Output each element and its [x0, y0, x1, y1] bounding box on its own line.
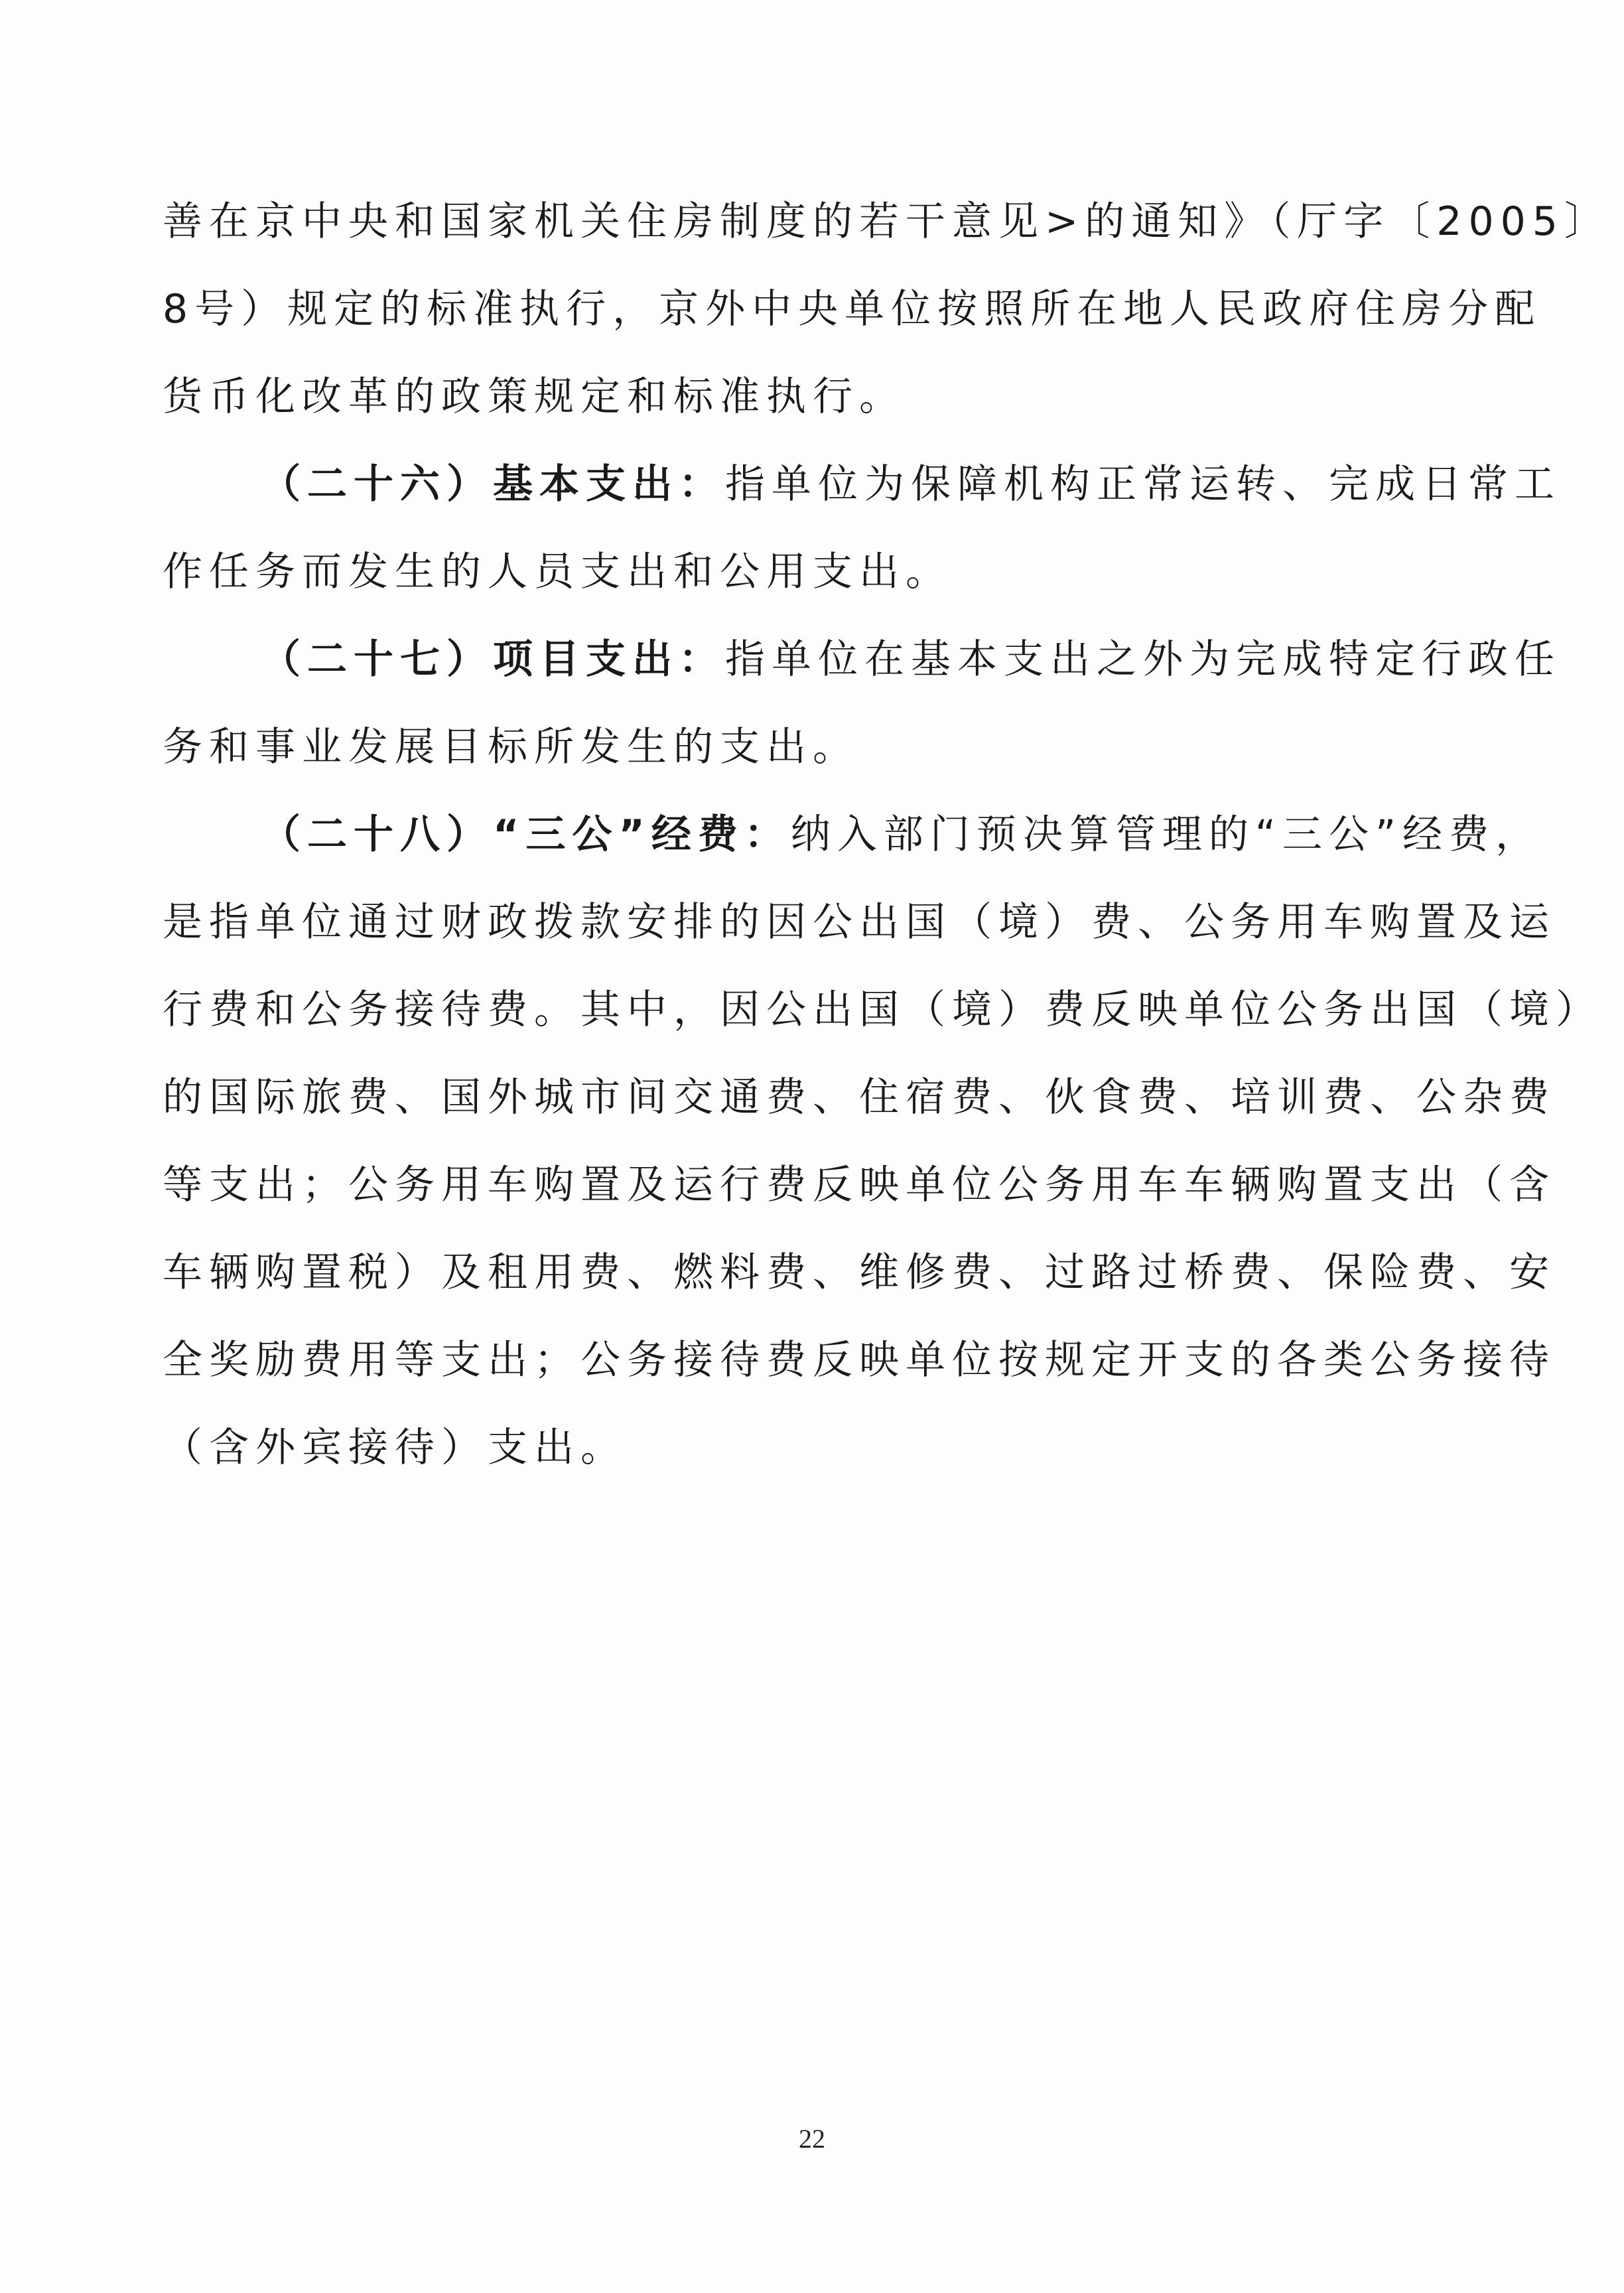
document-page: 善在京中央和国家机关住房制度的若干意见>的通知》（厅字〔2005〕 8号）规定的…: [0, 0, 1624, 2293]
body-text: 善在京中央和国家机关住房制度的若干意见>的通知》（厅字〔2005〕 8号）规定的…: [163, 178, 1464, 1492]
section-number: （二十六）: [261, 461, 493, 508]
section-term: 项目支出：: [493, 636, 725, 683]
text-line: 行费和公务接待费。其中，因公出国（境）费反映单位公务出国（境）: [163, 966, 1464, 1054]
text-line: 等支出；公务用车购置及运行费反映单位公务用车车辆购置支出（含: [163, 1141, 1464, 1229]
text-line: （含外宾接待）支出。: [163, 1404, 1464, 1492]
section-text: 指单位为保障机构正常运转、完成日常工: [725, 461, 1561, 508]
text-line: 车辆购置税）及租用费、燃料费、维修费、过路过桥费、保险费、安: [163, 1229, 1464, 1316]
section-heading-line: （二十八）“三公”经费：纳入部门预决算管理的“三公”经费，: [163, 791, 1464, 878]
text-line: 作任务而发生的人员支出和公用支出。: [163, 528, 1464, 616]
text-line: 务和事业发展目标所发生的支出。: [163, 703, 1464, 791]
section-heading-line: （二十六）基本支出：指单位为保障机构正常运转、完成日常工: [163, 441, 1464, 528]
section-term: “三公”经费：: [493, 811, 791, 858]
page-number: 22: [0, 2123, 1624, 2154]
section-number: （二十八）: [261, 811, 493, 858]
text-line: 善在京中央和国家机关住房制度的若干意见>的通知》（厅字〔2005〕: [163, 178, 1464, 265]
text-line: 全奖励费用等支出；公务接待费反映单位按规定开支的各类公务接待: [163, 1316, 1464, 1404]
section-number: （二十七）: [261, 636, 493, 683]
section-term: 基本支出：: [493, 461, 725, 508]
text-line: 货币化改革的政策规定和标准执行。: [163, 353, 1464, 441]
text-line: 的国际旅费、国外城市间交通费、住宿费、伙食费、培训费、公杂费: [163, 1054, 1464, 1141]
section-heading-line: （二十七）项目支出：指单位在基本支出之外为完成特定行政任: [163, 616, 1464, 703]
text-line: 是指单位通过财政拨款安排的因公出国（境）费、公务用车购置及运: [163, 878, 1464, 966]
section-text: 指单位在基本支出之外为完成特定行政任: [725, 636, 1561, 683]
section-text: 纳入部门预决算管理的“三公”经费，: [791, 811, 1542, 858]
text-line: 8号）规定的标准执行，京外中央单位按照所在地人民政府住房分配: [163, 265, 1464, 353]
